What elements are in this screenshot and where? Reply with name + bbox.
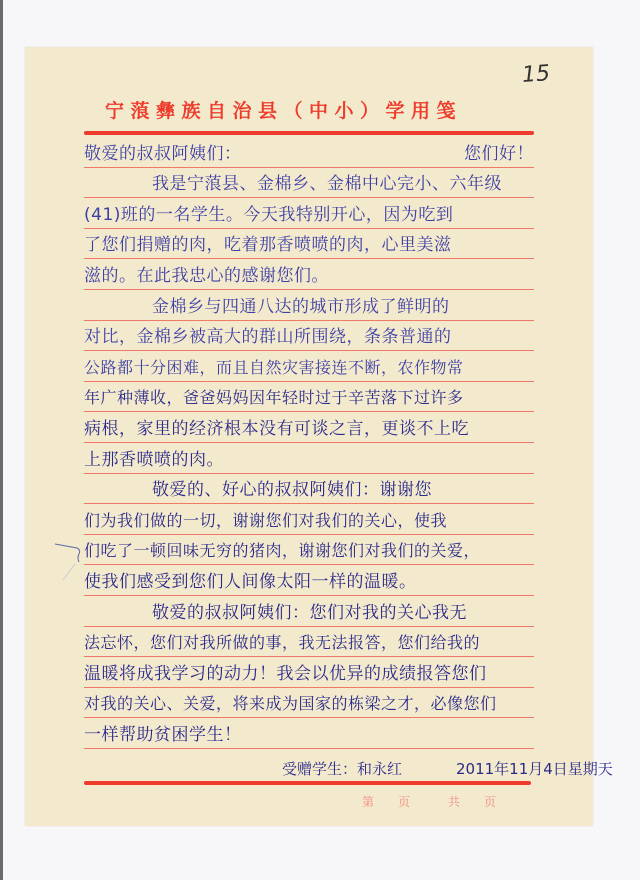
body-line: 公路都十分困难，而且自然灾害接连不断，农作物常 bbox=[84, 355, 464, 378]
ruled-line: 对我的关心、关爱，将来成为国家的栋梁之才，必像您们 bbox=[84, 688, 534, 719]
body-line: 们为我们做的一切，谢谢您们对我们的关心，使我 bbox=[84, 508, 447, 531]
ruled-line: 公路都十分困难，而且自然灾害接连不断，农作物常 bbox=[84, 351, 534, 382]
ruled-line: 上那香喷喷的肉。 bbox=[84, 443, 534, 474]
ruled-line: 滋的。在此我忠心的感谢您们。 bbox=[84, 259, 534, 290]
ruled-line: 年广种薄收，爸爸妈妈因年轻时过于辛苦落下过许多 bbox=[84, 382, 534, 413]
salutation: 敬爱的叔叔阿姨们： bbox=[84, 139, 242, 164]
greeting: 您们好！ bbox=[464, 139, 534, 164]
footer-page-label: 第 页 bbox=[362, 793, 410, 810]
margin-bracket-mark bbox=[55, 540, 85, 580]
body-line: 我是宁蒗县、金棉乡、金棉中心完小、六年级 bbox=[152, 169, 502, 194]
body-line: 使我们感受到您们人间像太阳一样的温暖。 bbox=[84, 567, 417, 592]
footer-rule bbox=[84, 781, 531, 785]
ruled-line: 我是宁蒗县、金棉乡、金棉中心完小、六年级 bbox=[84, 168, 534, 199]
letterhead-title: 宁蒗彝族自治县（中小）学用笺 bbox=[105, 96, 515, 123]
ruled-line: 了您们捐赠的肉，吃着那香喷喷的肉，心里美滋 bbox=[84, 229, 534, 260]
ruled-line: 对比，金棉乡被高大的群山所围绕，条条普通的 bbox=[84, 321, 534, 352]
ruled-line: 金棉乡与四通八达的城市形成了鲜明的 bbox=[84, 290, 534, 321]
body-line: 了您们捐赠的肉，吃着那香喷喷的肉，心里美滋 bbox=[84, 230, 452, 255]
ruled-line: 们为我们做的一切，谢谢您们对我们的关心，使我 bbox=[84, 504, 534, 535]
body-line: 敬爱的、好心的叔叔阿姨们：谢谢您 bbox=[152, 475, 432, 500]
body-line: 对比，金棉乡被高大的群山所围绕，条条普通的 bbox=[84, 322, 452, 347]
body-line: 金棉乡与四通八达的城市形成了鲜明的 bbox=[152, 292, 450, 317]
ruled-line: 敬爱的、好心的叔叔阿姨们：谢谢您 bbox=[84, 474, 534, 505]
body-line: 年广种薄收，爸爸妈妈因年轻时过于辛苦落下过许多 bbox=[84, 385, 464, 408]
ruled-line: 们吃了一顿回味无穷的猪肉，谢谢您们对我们的关爱， bbox=[84, 535, 534, 566]
ruled-line: (41)班的一名学生。今天我特别开心，因为吃到 bbox=[84, 198, 534, 229]
ruled-line: 敬爱的叔叔阿姨们： 您们好！ bbox=[84, 137, 534, 168]
ruled-line: 敬爱的叔叔阿姨们：您们对我的关心我无 bbox=[84, 596, 534, 627]
body-line: 滋的。在此我忠心的感谢您们。 bbox=[84, 261, 329, 286]
body-line: 法忘怀，您们对我所做的事，我无法报答，您们给我的 bbox=[84, 630, 480, 653]
body-line: 温暖将成我学习的动力！我会以优异的成绩报答您们 bbox=[84, 659, 487, 684]
body-line: 们吃了一顿回味无穷的猪肉，谢谢您们对我们的关爱， bbox=[84, 538, 480, 561]
ruled-line: 使我们感受到您们人间像太阳一样的温暖。 bbox=[84, 565, 534, 596]
letterhead-rule bbox=[84, 131, 534, 135]
body-line: (41)班的一名学生。今天我特别开心，因为吃到 bbox=[84, 200, 453, 225]
ruled-line: 温暖将成我学习的动力！我会以优异的成绩报答您们 bbox=[84, 657, 534, 688]
ruled-line: 病根，家里的经济根本没有可谈之言，更谈不上吃 bbox=[84, 412, 534, 443]
body-line: 敬爱的叔叔阿姨们：您们对我的关心我无 bbox=[152, 598, 467, 623]
page-number: 15 bbox=[521, 61, 551, 88]
ruled-line: 一样帮助贫困学生！ bbox=[84, 718, 534, 749]
body-line: 一样帮助贫困学生！ bbox=[84, 720, 242, 745]
body-line: 对我的关心、关爱，将来成为国家的栋梁之才，必像您们 bbox=[84, 691, 497, 714]
body-line: 上那香喷喷的肉。 bbox=[84, 445, 224, 470]
scan-edge bbox=[0, 0, 3, 880]
letter-date: 2011年11月4日星期天 bbox=[456, 758, 613, 779]
footer-total-label: 共 页 bbox=[448, 793, 496, 810]
body-line: 病根，家里的经济根本没有可谈之言，更谈不上吃 bbox=[84, 414, 469, 439]
signature: 受赠学生：和永红 bbox=[282, 758, 402, 779]
ruled-line: 法忘怀，您们对我所做的事，我无法报答，您们给我的 bbox=[84, 627, 534, 658]
